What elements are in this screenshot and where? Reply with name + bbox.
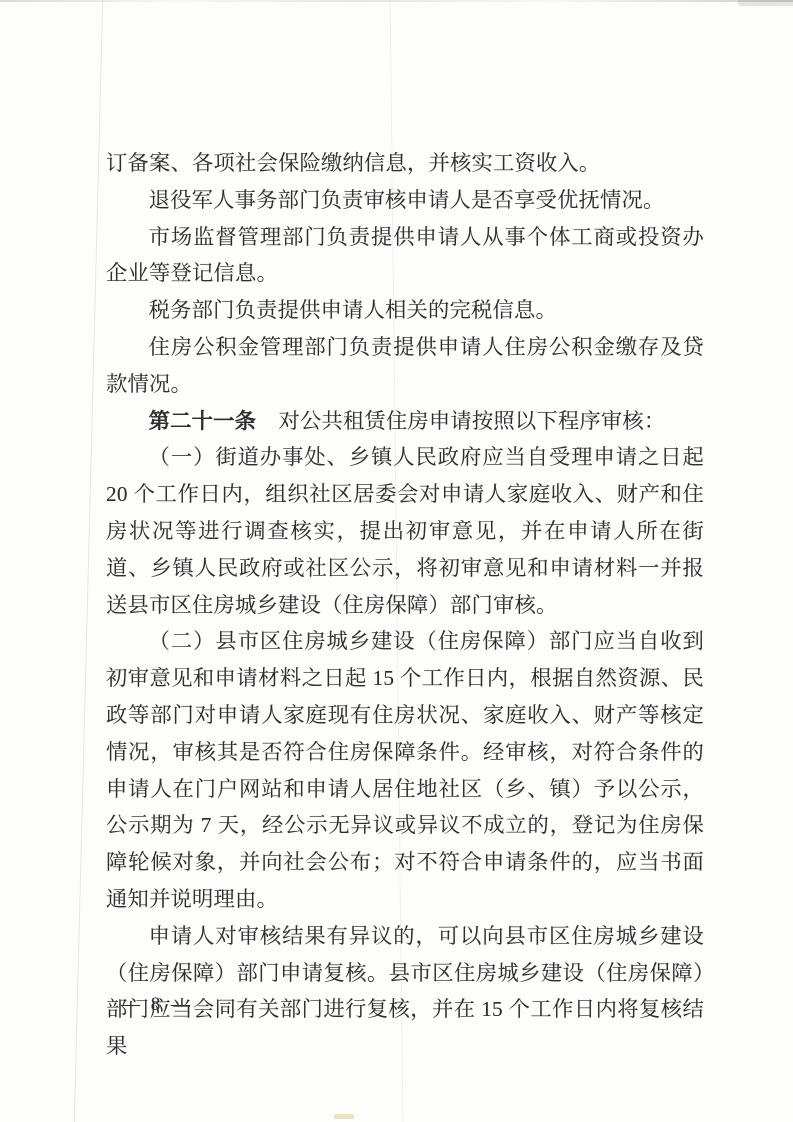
paragraph-review-appeal: 申请人对审核结果有异议的，可以向县市区住房城乡建设（住房保障）部门申请复核。县市… [106,918,704,1065]
scanned-document-page: 订备案、各项社会保险缴纳信息，并核实工资收入。 退役军人事务部门负责审核申请人是… [0,0,793,1122]
scan-speck [334,1114,354,1119]
page-number: — 8 — [121,994,193,1016]
paragraph-continuation: 订备案、各项社会保险缴纳信息，并核实工资收入。 [106,145,704,182]
paragraph-item-1: （一）街道办事处、乡镇人民政府应当自受理申请之日起 20 个工作日内，组织社区居… [106,439,704,623]
document-body: 订备案、各项社会保险缴纳信息，并核实工资收入。 退役军人事务部门负责审核申请人是… [106,145,704,1065]
paragraph-market-supervision: 市场监督管理部门负责提供申请人从事个体工商或投资办企业等登记信息。 [106,219,704,293]
paragraph-item-2: （二）县市区住房城乡建设（住房保障）部门应当自收到初审意见和申请材料之日起 15… [106,623,704,917]
paragraph-veterans-affairs: 退役军人事务部门负责审核申请人是否享受优抚情况。 [106,182,704,219]
article-21-heading-paragraph: 第二十一条对公共租赁住房申请按照以下程序审核： [106,403,704,440]
scanner-corner-shadow [738,0,793,6]
scanner-edge-strip [0,0,793,2]
scan-edge-line [74,0,104,1122]
article-number: 第二十一条 [149,409,257,433]
paragraph-housing-fund: 住房公积金管理部门负责提供申请人住房公积金缴存及贷款情况。 [106,329,704,403]
article-title: 对公共租赁住房申请按照以下程序审核： [278,409,665,433]
paragraph-tax-department: 税务部门负责提供申请人相关的完税信息。 [106,292,704,329]
